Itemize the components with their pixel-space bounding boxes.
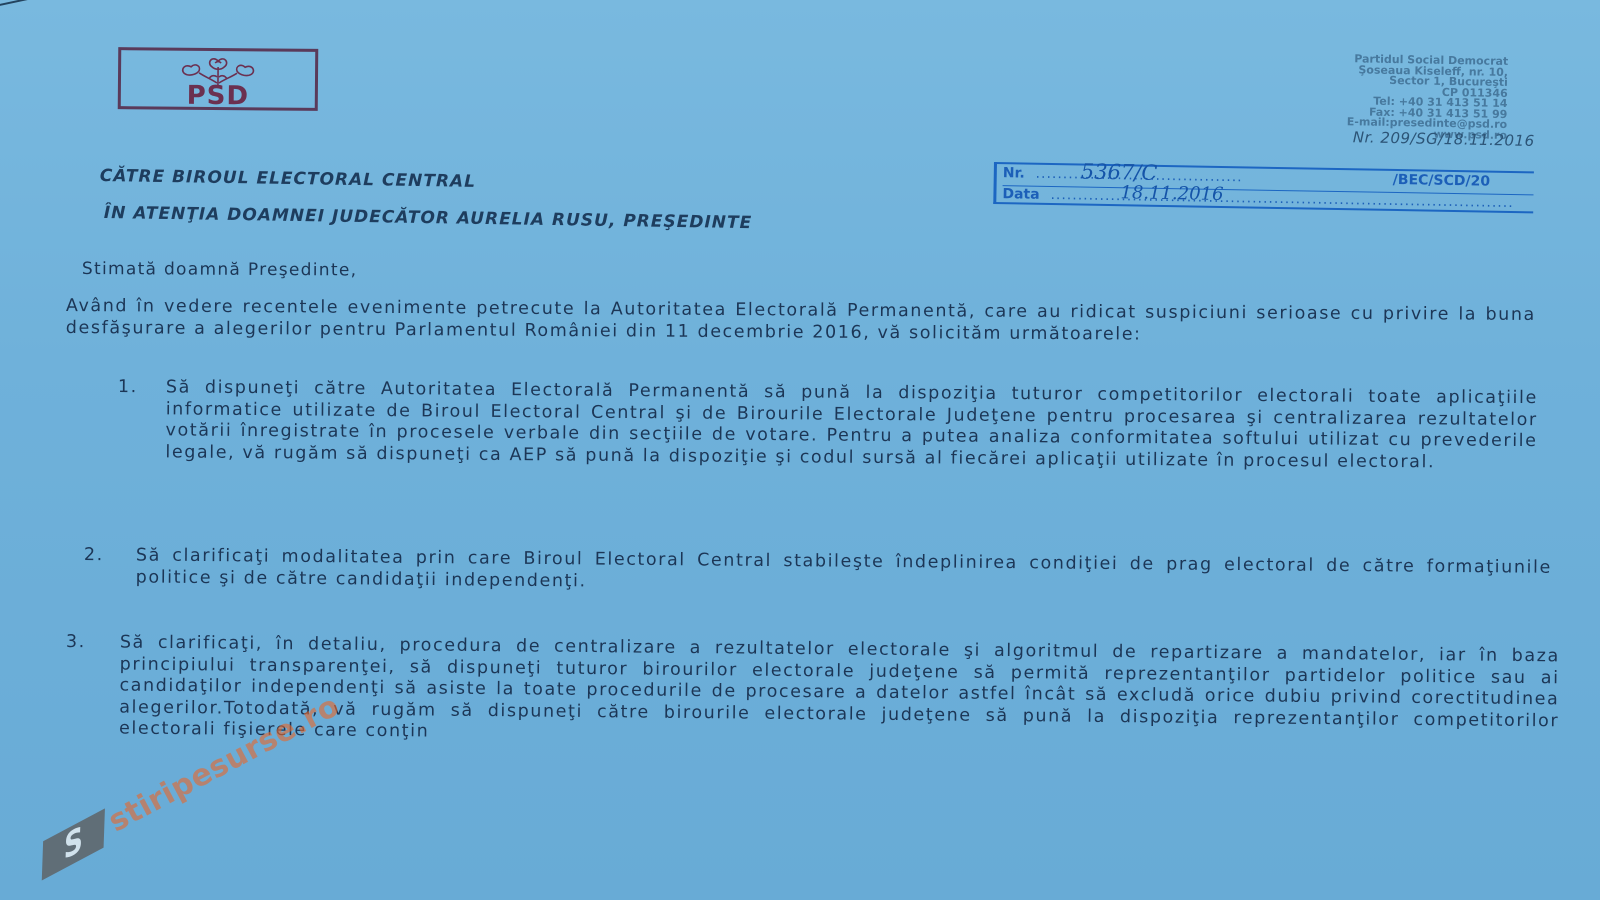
item-number: 2.	[84, 545, 104, 567]
attention-heading: ÎN ATENŢIA DOAMNEI JUDECĂTOR AURELIA RUS…	[104, 203, 753, 233]
item-number: 3.	[66, 632, 86, 654]
psd-logo: PSD	[118, 47, 319, 111]
item-text: Să dispuneţi către Autoritatea Electoral…	[165, 377, 1538, 474]
stamp-nr-label: Nr.	[1003, 165, 1025, 181]
intro-paragraph: Având în vedere recentele evenimente pet…	[66, 296, 1536, 348]
item-number: 1.	[118, 377, 138, 399]
salutation: Stimată doamnă Preşedinte,	[82, 259, 357, 280]
registration-stamp: Nr. ....................................…	[993, 162, 1534, 213]
item-text: Să clarificaţi, în detaliu, procedura de…	[119, 633, 1560, 754]
logo-text: PSD	[121, 80, 315, 112]
page-edge-line	[0, 0, 49, 8]
stamp-nr-suffix: /BEC/SCD/20	[1393, 172, 1491, 190]
item-text: Să clarificaţi modalitatea prin care Bir…	[136, 545, 1552, 600]
scanned-letter-page: PSD Partidul Social Democrat Şoseaua Kis…	[0, 0, 1600, 900]
stamp-date-handwritten: 18.11.2016	[1120, 182, 1223, 205]
stamp-nr-handwritten: 5367/C	[1081, 160, 1158, 185]
reference-number: Nr. 209/SG/18.11.2016	[1353, 128, 1535, 150]
stamp-date-label: Data	[1002, 186, 1039, 203]
addressee-heading: CĂTRE BIROUL ELECTORAL CENTRAL	[100, 166, 476, 192]
watermark-logo-icon: S	[42, 808, 105, 880]
